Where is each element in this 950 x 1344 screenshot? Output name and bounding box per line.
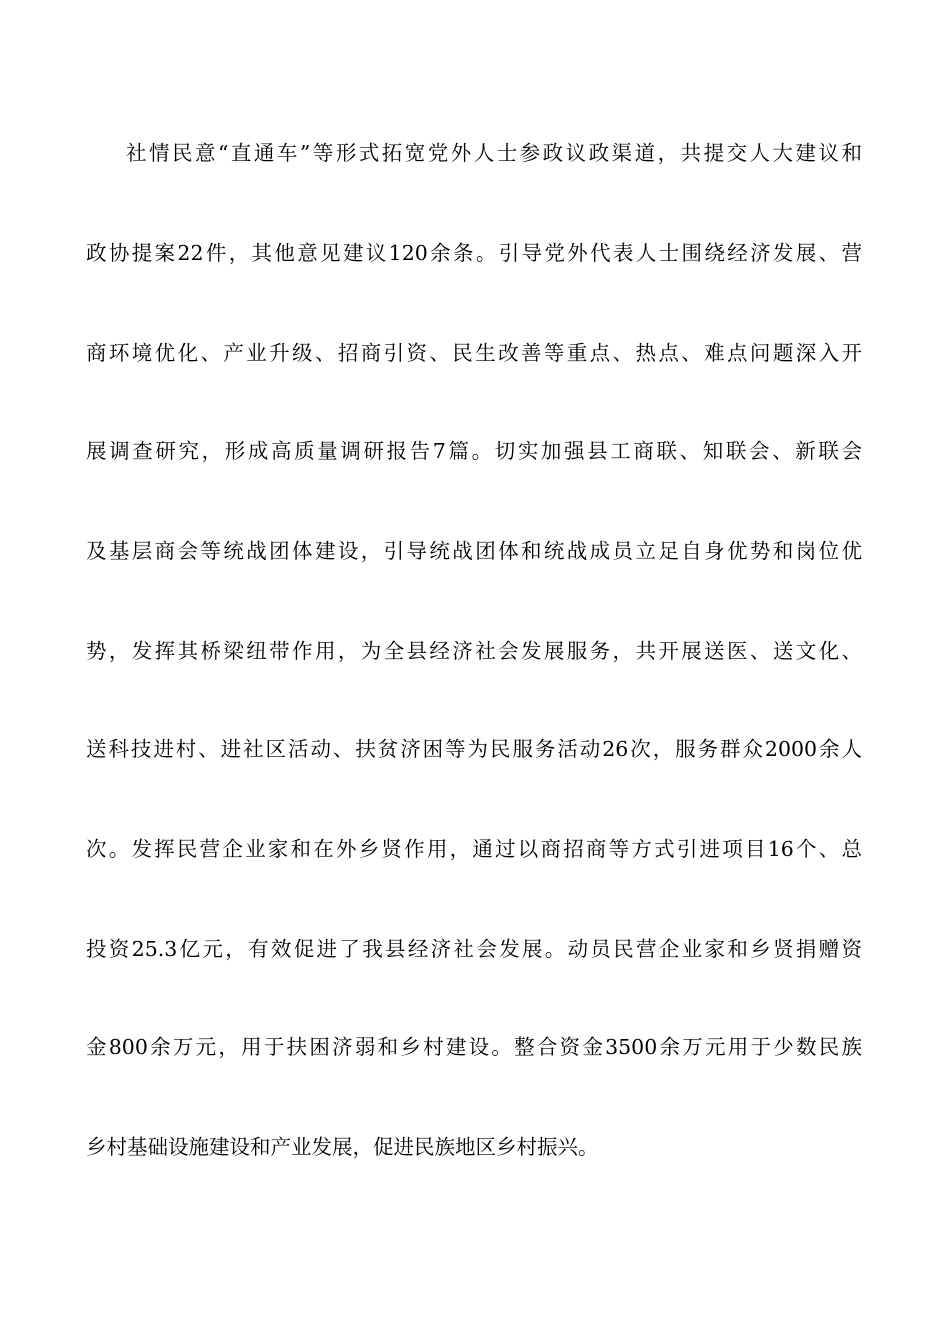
- paragraph-line-7: 送科技进村、进社区活动、扶贫济困等为民服务活动26次，服务群众2000余人: [86, 734, 862, 764]
- paragraph-line-9: 投资25.3亿元，有效促进了我县经济社会发展。动员民营企业家和乡贤捐赠资: [86, 934, 862, 964]
- paragraph-line-11: 乡村基础设施建设和产业发展，促进民族地区乡村振兴。: [86, 1132, 599, 1162]
- paragraph-line-3: 商环境优化、产业升级、招商引资、民生改善等重点、热点、难点问题深入开: [86, 338, 862, 368]
- paragraph-line-10: 金800余万元，用于扶困济弱和乡村建设。整合资金3500余万元用于少数民族: [86, 1032, 862, 1062]
- paragraph-line-8: 次。发挥民营企业家和在外乡贤作用，通过以商招商等方式引进项目16个、总: [86, 834, 862, 864]
- paragraph-line-1: 社情民意“直通车”等形式拓宽党外人士参政议政渠道，共提交人大建议和: [126, 138, 862, 168]
- paragraph-line-6: 势，发挥其桥梁纽带作用，为全县经济社会发展服务，共开展送医、送文化、: [86, 636, 862, 666]
- paragraph-line-4: 展调查研究，形成高质量调研报告7篇。切实加强县工商联、知联会、新联会: [86, 436, 862, 466]
- document-page: 社情民意“直通车”等形式拓宽党外人士参政议政渠道，共提交人大建议和 政协提案22…: [0, 0, 950, 1344]
- paragraph-line-5: 及基层商会等统战团体建设，引导统战团体和统战成员立足自身优势和岗位优: [86, 536, 862, 566]
- paragraph-line-2: 政协提案22件，其他意见建议120余条。引导党外代表人士围绕经济发展、营: [86, 238, 862, 268]
